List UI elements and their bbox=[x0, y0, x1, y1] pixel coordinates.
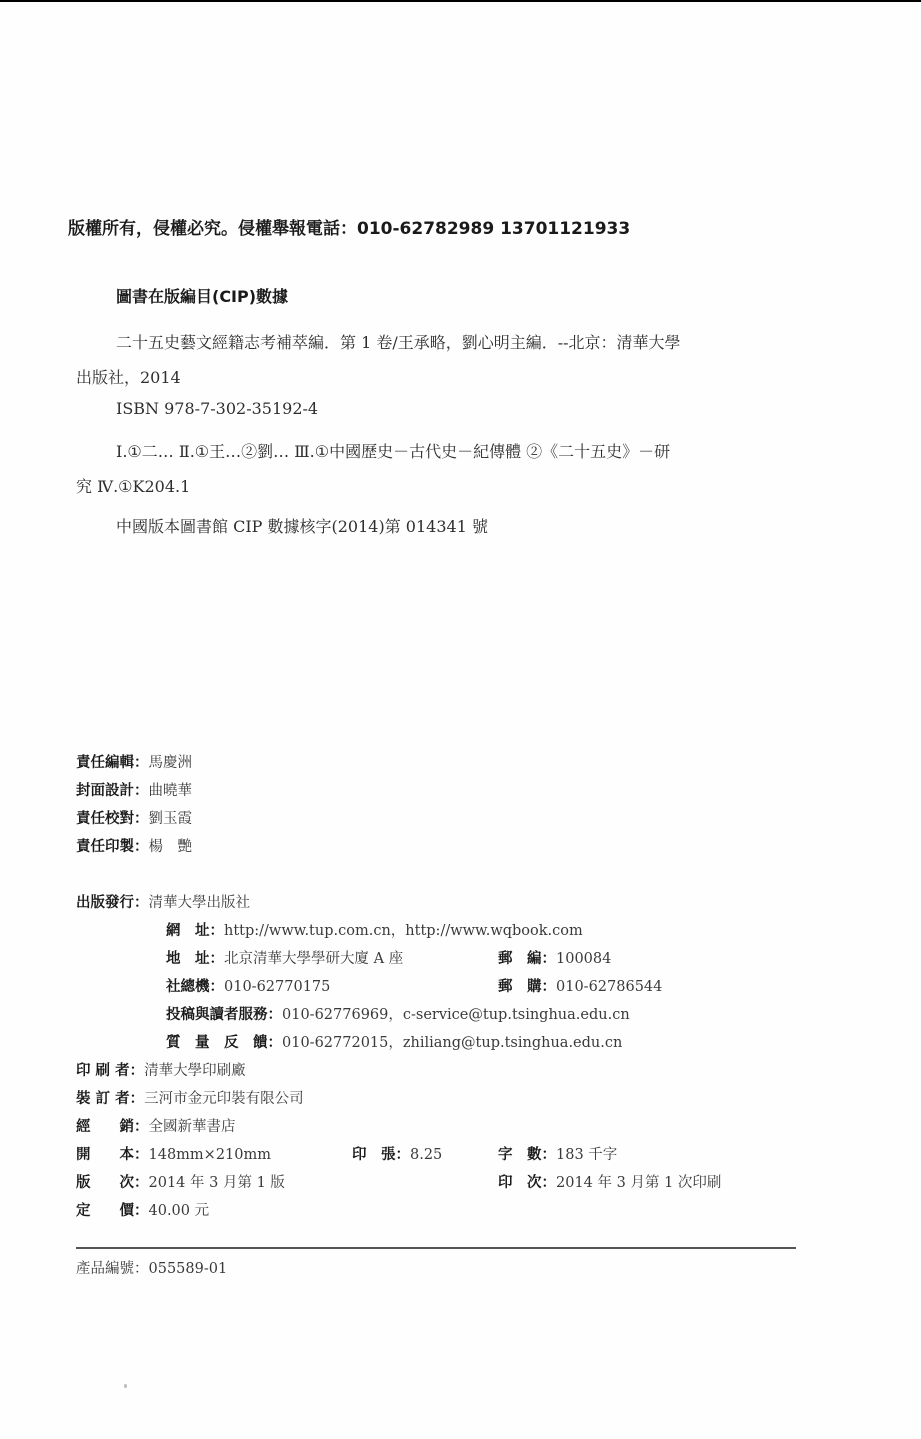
address-value: 北京清華大學學研大廈 A 座 bbox=[224, 951, 403, 967]
publisher-label: 出版發行： bbox=[76, 895, 149, 911]
wordcount-row: 字 數：183 千字 bbox=[498, 1143, 617, 1164]
credit-label: 責任校對： bbox=[76, 811, 149, 827]
impression-label: 印 次： bbox=[498, 1175, 556, 1191]
binder-label: 裝 訂 者： bbox=[76, 1091, 144, 1107]
cip-classification-line: Ⅰ.①二… Ⅱ.①王…②劉… Ⅲ.①中國歷史－古代史－紀傳體 ②《二十五史》－研 bbox=[116, 439, 670, 462]
cip-bibliographic-line: 二十五史藝文經籍志考補萃編．第 1 卷/王承略，劉心明主編．--北京：清華大學 bbox=[116, 330, 681, 353]
cip-core-number: 中國版本圖書館 CIP 數據核字(2014)第 014341 號 bbox=[116, 514, 488, 537]
printer-label: 印 刷 者： bbox=[76, 1063, 144, 1079]
credit-cover-design: 封面設計：曲曉華 bbox=[76, 779, 192, 800]
format-label: 開 本： bbox=[76, 1147, 149, 1163]
copyright-notice: 版權所有，侵權必究。侵權舉報電話：010-62782989 1370112193… bbox=[68, 214, 630, 239]
reader-service-row: 投稿與讀者服務：010-62776969，c-service@tup.tsing… bbox=[166, 1003, 630, 1024]
product-code-label: 產品編號： bbox=[76, 1261, 149, 1277]
page-top-border bbox=[0, 0, 921, 2]
printer-row: 印 刷 者：清華大學印刷廠 bbox=[76, 1059, 246, 1080]
scan-speck bbox=[239, 1063, 241, 1066]
cip-title: 圖書在版編目(CIP)數據 bbox=[116, 284, 288, 307]
edition-row: 版 次：2014 年 3 月第 1 版 bbox=[76, 1171, 285, 1192]
credit-label: 責任編輯： bbox=[76, 755, 149, 771]
website-value[interactable]: http://www.tup.com.cn，http://www.wqbook.… bbox=[224, 923, 583, 939]
scan-speck bbox=[124, 1384, 127, 1388]
credit-value: 楊 艷 bbox=[149, 839, 193, 855]
website-label: 網 址： bbox=[166, 923, 224, 939]
switchboard-row: 社總機：010-62770175 bbox=[166, 975, 330, 996]
binder-row: 裝 訂 者：三河市金元印裝有限公司 bbox=[76, 1087, 304, 1108]
postcode-row: 郵 編：100084 bbox=[498, 947, 611, 968]
product-code-value: 055589-01 bbox=[149, 1261, 228, 1277]
distributor-row: 經 銷：全國新華書店 bbox=[76, 1115, 236, 1136]
format-row: 開 本：148mm×210mm bbox=[76, 1143, 271, 1164]
product-code-row: 產品編號：055589-01 bbox=[76, 1257, 227, 1278]
switchboard-label: 社總機： bbox=[166, 979, 224, 995]
mail-order-label: 郵 購： bbox=[498, 979, 556, 995]
price-value: 40.00 元 bbox=[149, 1203, 210, 1219]
edition-label: 版 次： bbox=[76, 1175, 149, 1191]
binder-value: 三河市金元印裝有限公司 bbox=[144, 1091, 304, 1107]
format-value: 148mm×210mm bbox=[149, 1147, 272, 1163]
publisher-row: 出版發行：清華大學出版社 bbox=[76, 891, 250, 912]
cip-classification-line-cont: 究 Ⅳ.①K204.1 bbox=[76, 474, 190, 497]
quality-feedback-value[interactable]: 010-62772015，zhiliang@tup.tsinghua.edu.c… bbox=[282, 1035, 622, 1051]
price-label: 定 價： bbox=[76, 1203, 149, 1219]
impression-row: 印 次：2014 年 3 月第 1 次印刷 bbox=[498, 1171, 721, 1192]
distributor-value: 全國新華書店 bbox=[149, 1119, 236, 1135]
horizontal-divider bbox=[76, 1247, 796, 1249]
credit-proofreader: 責任校對：劉玉霞 bbox=[76, 807, 192, 828]
reader-service-value[interactable]: 010-62776969，c-service@tup.tsinghua.edu.… bbox=[282, 1007, 630, 1023]
credit-label: 責任印製： bbox=[76, 839, 149, 855]
wordcount-label: 字 數： bbox=[498, 1147, 556, 1163]
postcode-label: 郵 編： bbox=[498, 951, 556, 967]
price-row: 定 價：40.00 元 bbox=[76, 1199, 209, 1220]
credit-editor: 責任編輯：馬慶洲 bbox=[76, 751, 192, 772]
distributor-label: 經 銷： bbox=[76, 1119, 149, 1135]
publisher-value: 清華大學出版社 bbox=[149, 895, 251, 911]
printer-value: 清華大學印刷廠 bbox=[144, 1063, 246, 1079]
impression-value: 2014 年 3 月第 1 次印刷 bbox=[556, 1175, 721, 1191]
sheets-value: 8.25 bbox=[410, 1147, 442, 1163]
cip-isbn: ISBN 978-7-302-35192-4 bbox=[116, 399, 318, 418]
cip-bibliographic-line-cont: 出版社，2014 bbox=[76, 365, 181, 388]
postcode-value: 100084 bbox=[556, 951, 611, 967]
switchboard-value: 010-62770175 bbox=[224, 979, 330, 995]
sheets-label: 印 張： bbox=[352, 1147, 410, 1163]
credit-print-production: 責任印製：楊 艷 bbox=[76, 835, 192, 856]
mail-order-row: 郵 購：010-62786544 bbox=[498, 975, 662, 996]
mail-order-value: 010-62786544 bbox=[556, 979, 662, 995]
edition-value: 2014 年 3 月第 1 版 bbox=[149, 1175, 285, 1191]
quality-feedback-label: 質 量 反 饋： bbox=[166, 1035, 282, 1051]
reader-service-label: 投稿與讀者服務： bbox=[166, 1007, 282, 1023]
credit-label: 封面設計： bbox=[76, 783, 149, 799]
quality-feedback-row: 質 量 反 饋：010-62772015，zhiliang@tup.tsingh… bbox=[166, 1031, 622, 1052]
address-row: 地 址：北京清華大學學研大廈 A 座 bbox=[166, 947, 403, 968]
sheets-row: 印 張：8.25 bbox=[352, 1143, 442, 1164]
address-label: 地 址： bbox=[166, 951, 224, 967]
website-row: 網 址：http://www.tup.com.cn，http://www.wqb… bbox=[166, 919, 583, 940]
credit-value: 劉玉霞 bbox=[149, 811, 193, 827]
wordcount-value: 183 千字 bbox=[556, 1147, 617, 1163]
credit-value: 馬慶洲 bbox=[149, 755, 193, 771]
credit-value: 曲曉華 bbox=[149, 783, 193, 799]
